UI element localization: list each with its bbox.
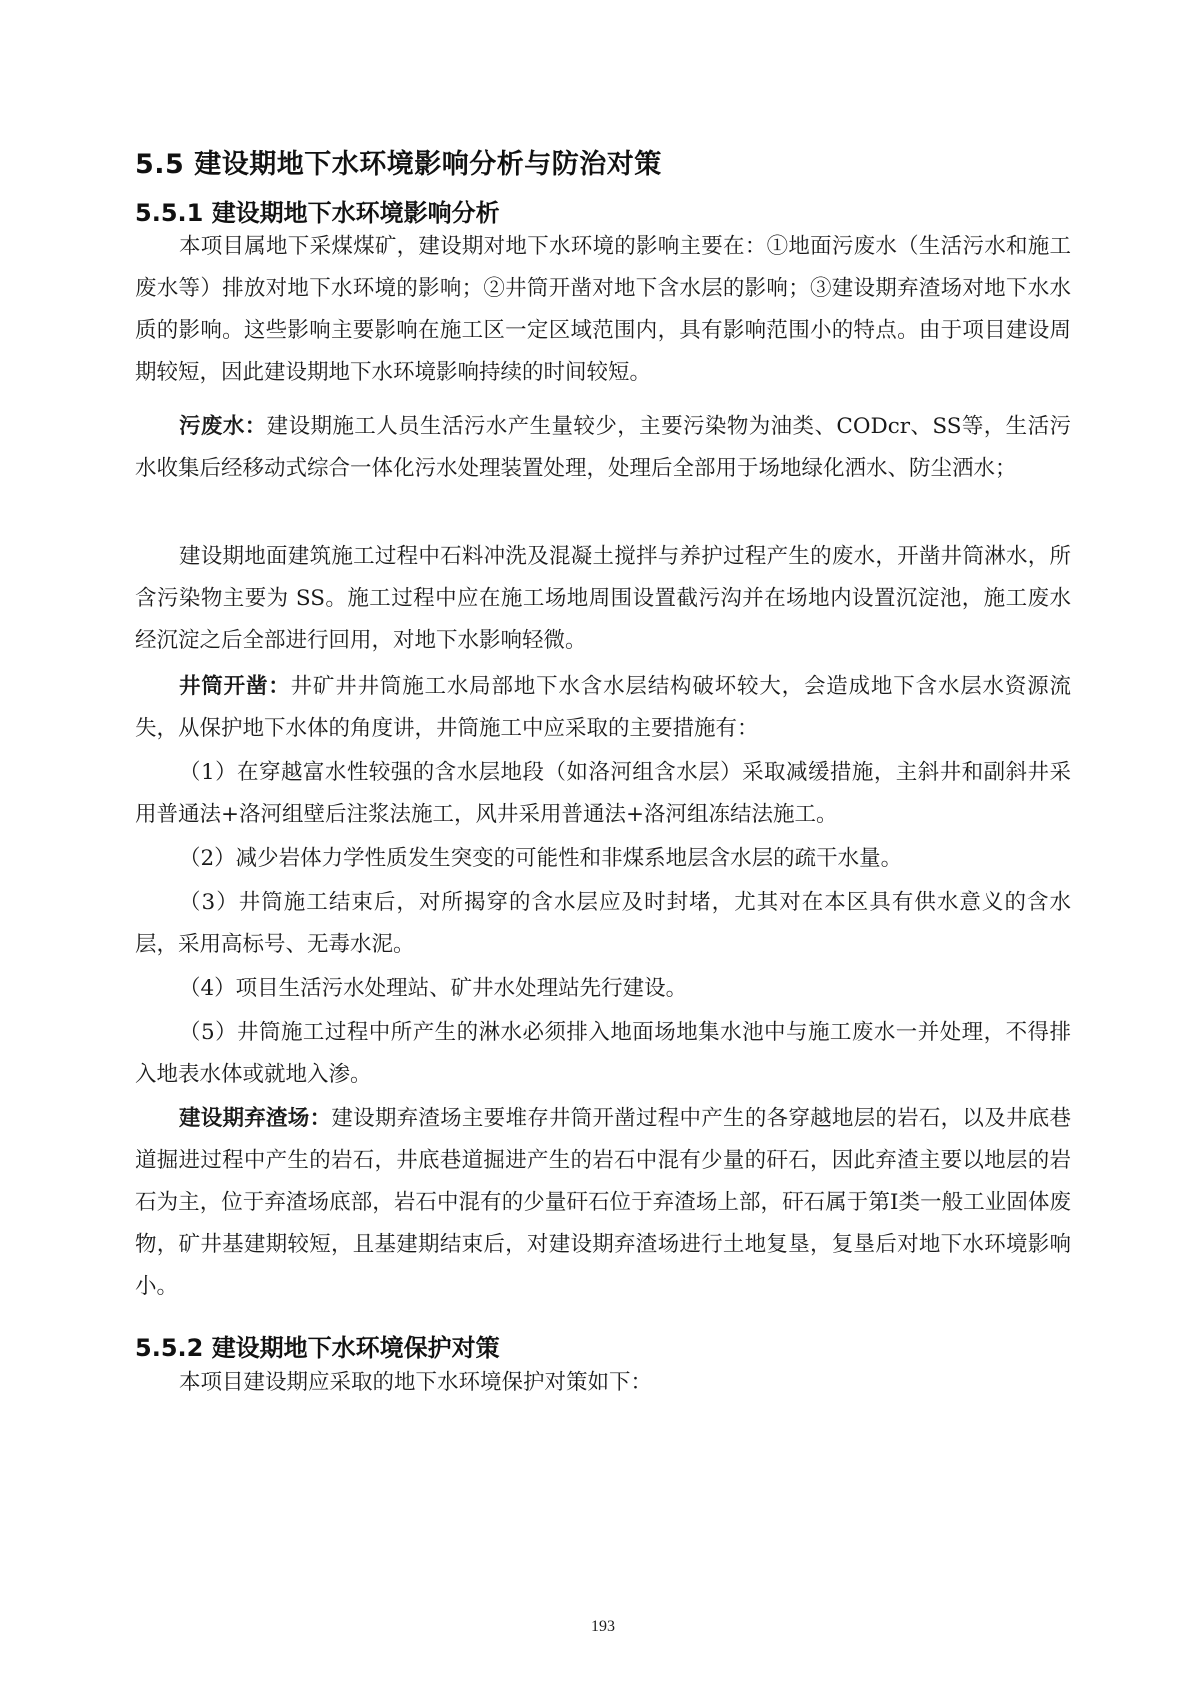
measure-item-4: （4）项目生活污水处理站、矿井水处理站先行建设。 [135, 968, 1071, 1010]
shaft-paragraph: 井筒开凿：井矿井井筒施工水局部地下水含水层结构破坏较大，会造成地下含水层水资源流… [135, 666, 1071, 750]
wastewater-paragraph: 污废水：建设期施工人员生活污水产生量较少，主要污染物为油类、CODcr、SS等，… [135, 406, 1071, 490]
protection-intro: 本项目建设期应采取的地下水环境保护对策如下： [135, 1362, 1071, 1404]
spoil-paragraph: 建设期弃渣场：建设期弃渣场主要堆存井筒开凿过程中产生的各穿越地层的岩石，以及井底… [135, 1098, 1071, 1308]
wastewater-lead: 污废水： [179, 414, 267, 439]
intro-paragraph: 本项目属地下采煤煤矿，建设期对地下水环境的影响主要在：①地面污废水（生活污水和施… [135, 226, 1071, 394]
shaft-lead: 井筒开凿： [179, 674, 291, 699]
measure-item-1: （1）在穿越富水性较强的含水层地段（如洛河组含水层）采取减缓措施，主斜井和副斜井… [135, 752, 1071, 836]
spoil-lead: 建设期弃渣场： [179, 1106, 331, 1131]
section-heading-5-5-1: 5.5.1 建设期地下水环境影响分析 [135, 193, 500, 228]
measure-item-5: （5）井筒施工过程中所产生的淋水必须排入地面场地集水池中与施工废水一并处理，不得… [135, 1012, 1071, 1096]
wastewater-text: 建设期施工人员生活污水产生量较少，主要污染物为油类、CODcr、SS等，生活污水… [135, 414, 1071, 481]
section-heading-5-5-2: 5.5.2 建设期地下水环境保护对策 [135, 1328, 500, 1363]
construction-water-paragraph: 建设期地面建筑施工过程中石料冲洗及混凝土搅拌与养护过程产生的废水，开凿井筒淋水，… [135, 536, 1071, 662]
page-number: 193 [135, 1618, 1071, 1636]
spoil-text: 建设期弃渣场主要堆存井筒开凿过程中产生的各穿越地层的岩石，以及井底巷道掘进过程中… [135, 1106, 1071, 1299]
measure-item-2: （2）减少岩体力学性质发生突变的可能性和非煤系地层含水层的疏干水量。 [135, 838, 1071, 880]
measure-item-3: （3）井筒施工结束后，对所揭穿的含水层应及时封堵，尤其对在本区具有供水意义的含水… [135, 882, 1071, 966]
section-heading-5-5: 5.5 建设期地下水环境影响分析与防治对策 [135, 142, 662, 181]
